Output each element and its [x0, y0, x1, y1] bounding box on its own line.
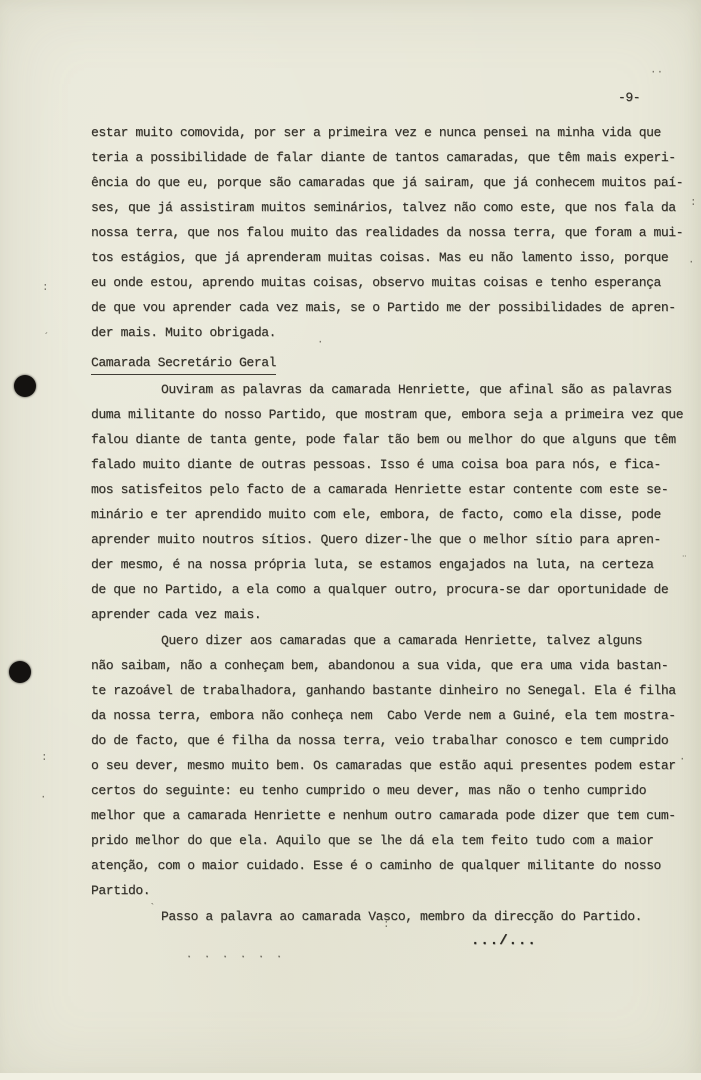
paragraph: estar muito comovida, por ser a primeira…: [91, 120, 693, 345]
paragraph: Passo a palavra ao camarada Vasco, membr…: [91, 904, 693, 929]
text-line: atenção, com o maior cuidado. Esse é o c…: [91, 853, 693, 878]
ink-mark: ¨: [681, 556, 688, 567]
text-line: falado muito diante de outras pessoas. I…: [91, 452, 693, 477]
text-line: melhor que a camarada Henriette e nenhum…: [91, 803, 693, 828]
hole-punch: [14, 375, 36, 397]
ink-mark: ·: [679, 755, 686, 766]
text-line: eu onde estou, aprendo muitas coisas, ob…: [91, 270, 693, 295]
text-line: aprender cada vez mais.: [91, 602, 693, 627]
ink-mark: ··: [650, 68, 663, 79]
footer-dots: · · · · · ·: [186, 948, 693, 968]
paragraph: Ouviram as palavras da camarada Henriett…: [91, 377, 693, 627]
text-line: ses, que já assistiram muitos seminários…: [91, 195, 693, 220]
typewritten-text: estar muito comovida, por ser a primeira…: [91, 120, 693, 968]
ink-mark: `: [149, 904, 156, 915]
text-line: duma militante do nosso Partido, que mos…: [91, 402, 693, 427]
text-line: Partido.: [91, 878, 693, 903]
ink-mark: :: [690, 198, 697, 209]
text-line: não saibam, não a conheçam bem, abandono…: [91, 653, 693, 678]
document-page: -9- estar muito comovida, por ser a prim…: [0, 0, 701, 1080]
ink-mark: ˏ: [43, 325, 50, 336]
text-line: estar muito comovida, por ser a primeira…: [91, 120, 693, 145]
text-line: prido melhor do que ela. Aquilo que se l…: [91, 828, 693, 853]
text-line: do de facto, que é filha da nossa terra,…: [91, 728, 693, 753]
text-line: nossa terra, que nos falou muito das rea…: [91, 220, 693, 245]
ink-mark: ·: [688, 258, 695, 269]
text-line: de que vou aprender cada vez mais, se o …: [91, 295, 693, 320]
text-line: aprender muito noutros sítios. Quero diz…: [91, 527, 693, 552]
text-line: der mesmo, é na nossa própria luta, se e…: [91, 552, 693, 577]
ink-mark: :: [41, 753, 48, 764]
text-line: da nossa terra, embora não conheça nem C…: [91, 703, 693, 728]
text-line: ência do que eu, porque são camaradas qu…: [91, 170, 693, 195]
text-line: Passo a palavra ao camarada Vasco, membr…: [91, 904, 693, 929]
ink-mark: ·: [317, 338, 324, 349]
text-line: Quero dizer aos camaradas que a camarada…: [91, 628, 693, 653]
ink-mark: :: [383, 920, 390, 931]
paragraph: Quero dizer aos camaradas que a camarada…: [91, 628, 693, 903]
page-number: -9-: [618, 85, 640, 110]
section-heading: Camarada Secretário Geral: [91, 350, 693, 375]
hole-punch: [9, 661, 31, 683]
text-line: te razoável de trabalhadora, ganhando ba…: [91, 678, 693, 703]
text-line: Ouviram as palavras da camarada Henriett…: [91, 377, 693, 402]
text-line: der mais. Muito obrigada.: [91, 320, 693, 345]
text-line: certos do seguinte: eu tenho cumprido o …: [91, 778, 693, 803]
text-line: minário e ter aprendido muito com ele, e…: [91, 502, 693, 527]
text-line: mos satisfeitos pelo facto de a camarada…: [91, 477, 693, 502]
text-line: de que no Partido, a ela como a qualquer…: [91, 577, 693, 602]
ink-mark: :: [42, 283, 49, 294]
section-heading-text: Camarada Secretário Geral: [91, 352, 276, 375]
ink-mark: ·: [40, 793, 47, 804]
text-line: teria a possibilidade de falar diante de…: [91, 145, 693, 170]
text-line: falou diante de tanta gente, pode falar …: [91, 427, 693, 452]
text-line: tos estágios, que já aprenderam muitas c…: [91, 245, 693, 270]
text-line: o seu dever, mesmo muito bem. Os camarad…: [91, 753, 693, 778]
